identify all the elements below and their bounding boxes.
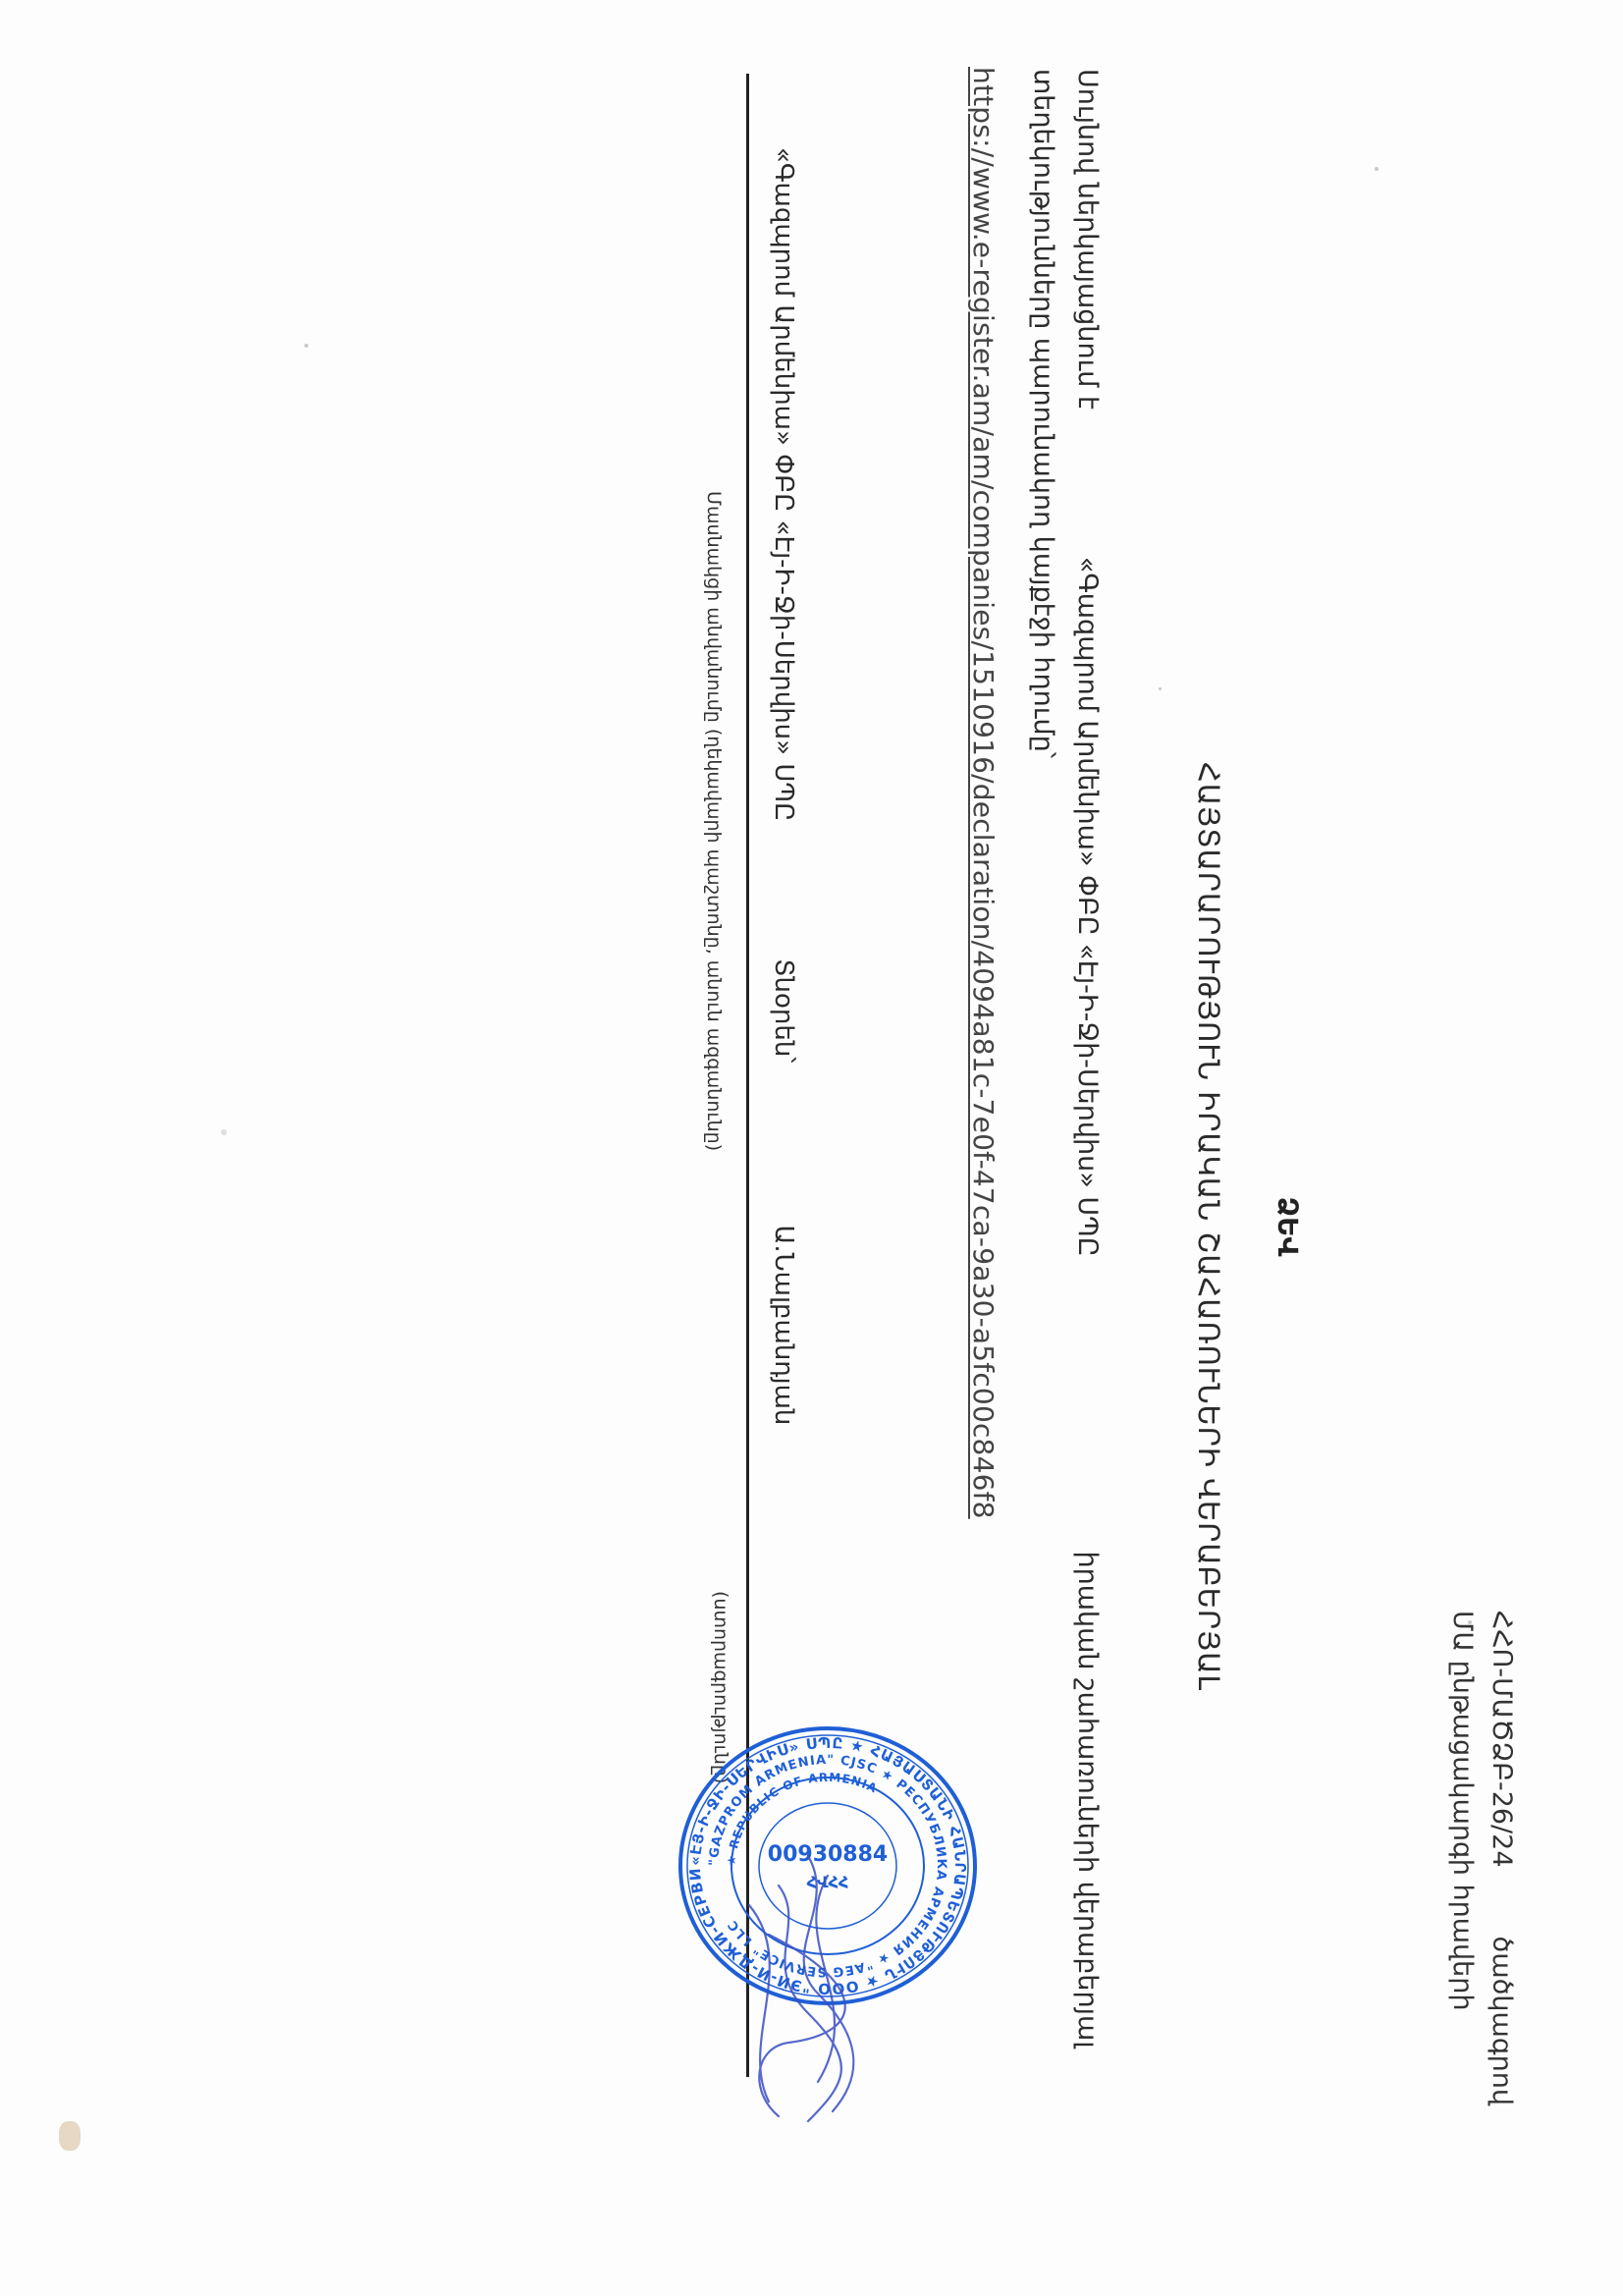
participant-name: «Գազպրոմ Արմենիա» ՓԲԸ «Էյ-Ի-Ջի-Սերվիս» Ս… (769, 147, 798, 821)
document-title: ՀԱՅՏԱՐԱՐՈՒԹՅՈՒՆ ԻՐԱԿԱՆ ՇԱՀԱՌՈՒՆԵՐԻ ՎԵՐԱԲ… (1192, 0, 1225, 2296)
body-line-2: տեղեկությունները պարունակող կայքէջի հղու… (1028, 69, 1058, 758)
declaration-link[interactable]: https://www.e-register.am/am/companies/1… (967, 67, 1000, 1519)
director-position: Տնօրեն՝ (769, 958, 798, 1063)
director-name: Ա.Նալբանդյան (769, 1225, 798, 1425)
procurement-code: ՀՀՈ-ՄԱԾՁԲ-26/24 (1487, 1611, 1517, 1868)
procurement-reference: ՀՀՈ-ՄԱԾՁԲ-26/24ծածկագրով ՄԱ ընթացակարգի … (1442, 1611, 1521, 2105)
body-intro: Սույնով ներկայացնում է (1072, 69, 1103, 410)
form-label: ՁԵՎ (1271, 0, 1304, 2296)
handwritten-signature-icon (720, 1846, 926, 2131)
body-beneficial-owners: իրական շահառուների վերաբերյալ (1072, 1551, 1103, 2048)
body-line-1: Սույնով ներկայացնում է«Գազպրոմ Արմենիա» … (1072, 69, 1103, 2049)
procurement-code-suffix: ծածկագրով (1487, 1937, 1517, 2105)
document-page: ՀՀՈ-ՄԱԾՁԲ-26/24ծածկագրով ՄԱ ընթացակարգի … (0, 0, 1623, 2296)
signature-row: «Գազպրոմ Արմենիա» ՓԲԸ «Էյ-Ի-Ջի-Սերվիս» Ս… (769, 147, 798, 1425)
participant-caption: Մասնակցի անվանումը (ղեկավարի պաշտոնը, ան… (703, 491, 725, 1151)
procurement-invitation: ՄԱ ընթացակարգի հրավերի (1442, 1611, 1482, 2105)
body-company: «Գազպրոմ Արմենիա» ՓԲԸ «Էյ-Ի-Ջի-Սերվիս» Ս… (1072, 557, 1103, 1257)
